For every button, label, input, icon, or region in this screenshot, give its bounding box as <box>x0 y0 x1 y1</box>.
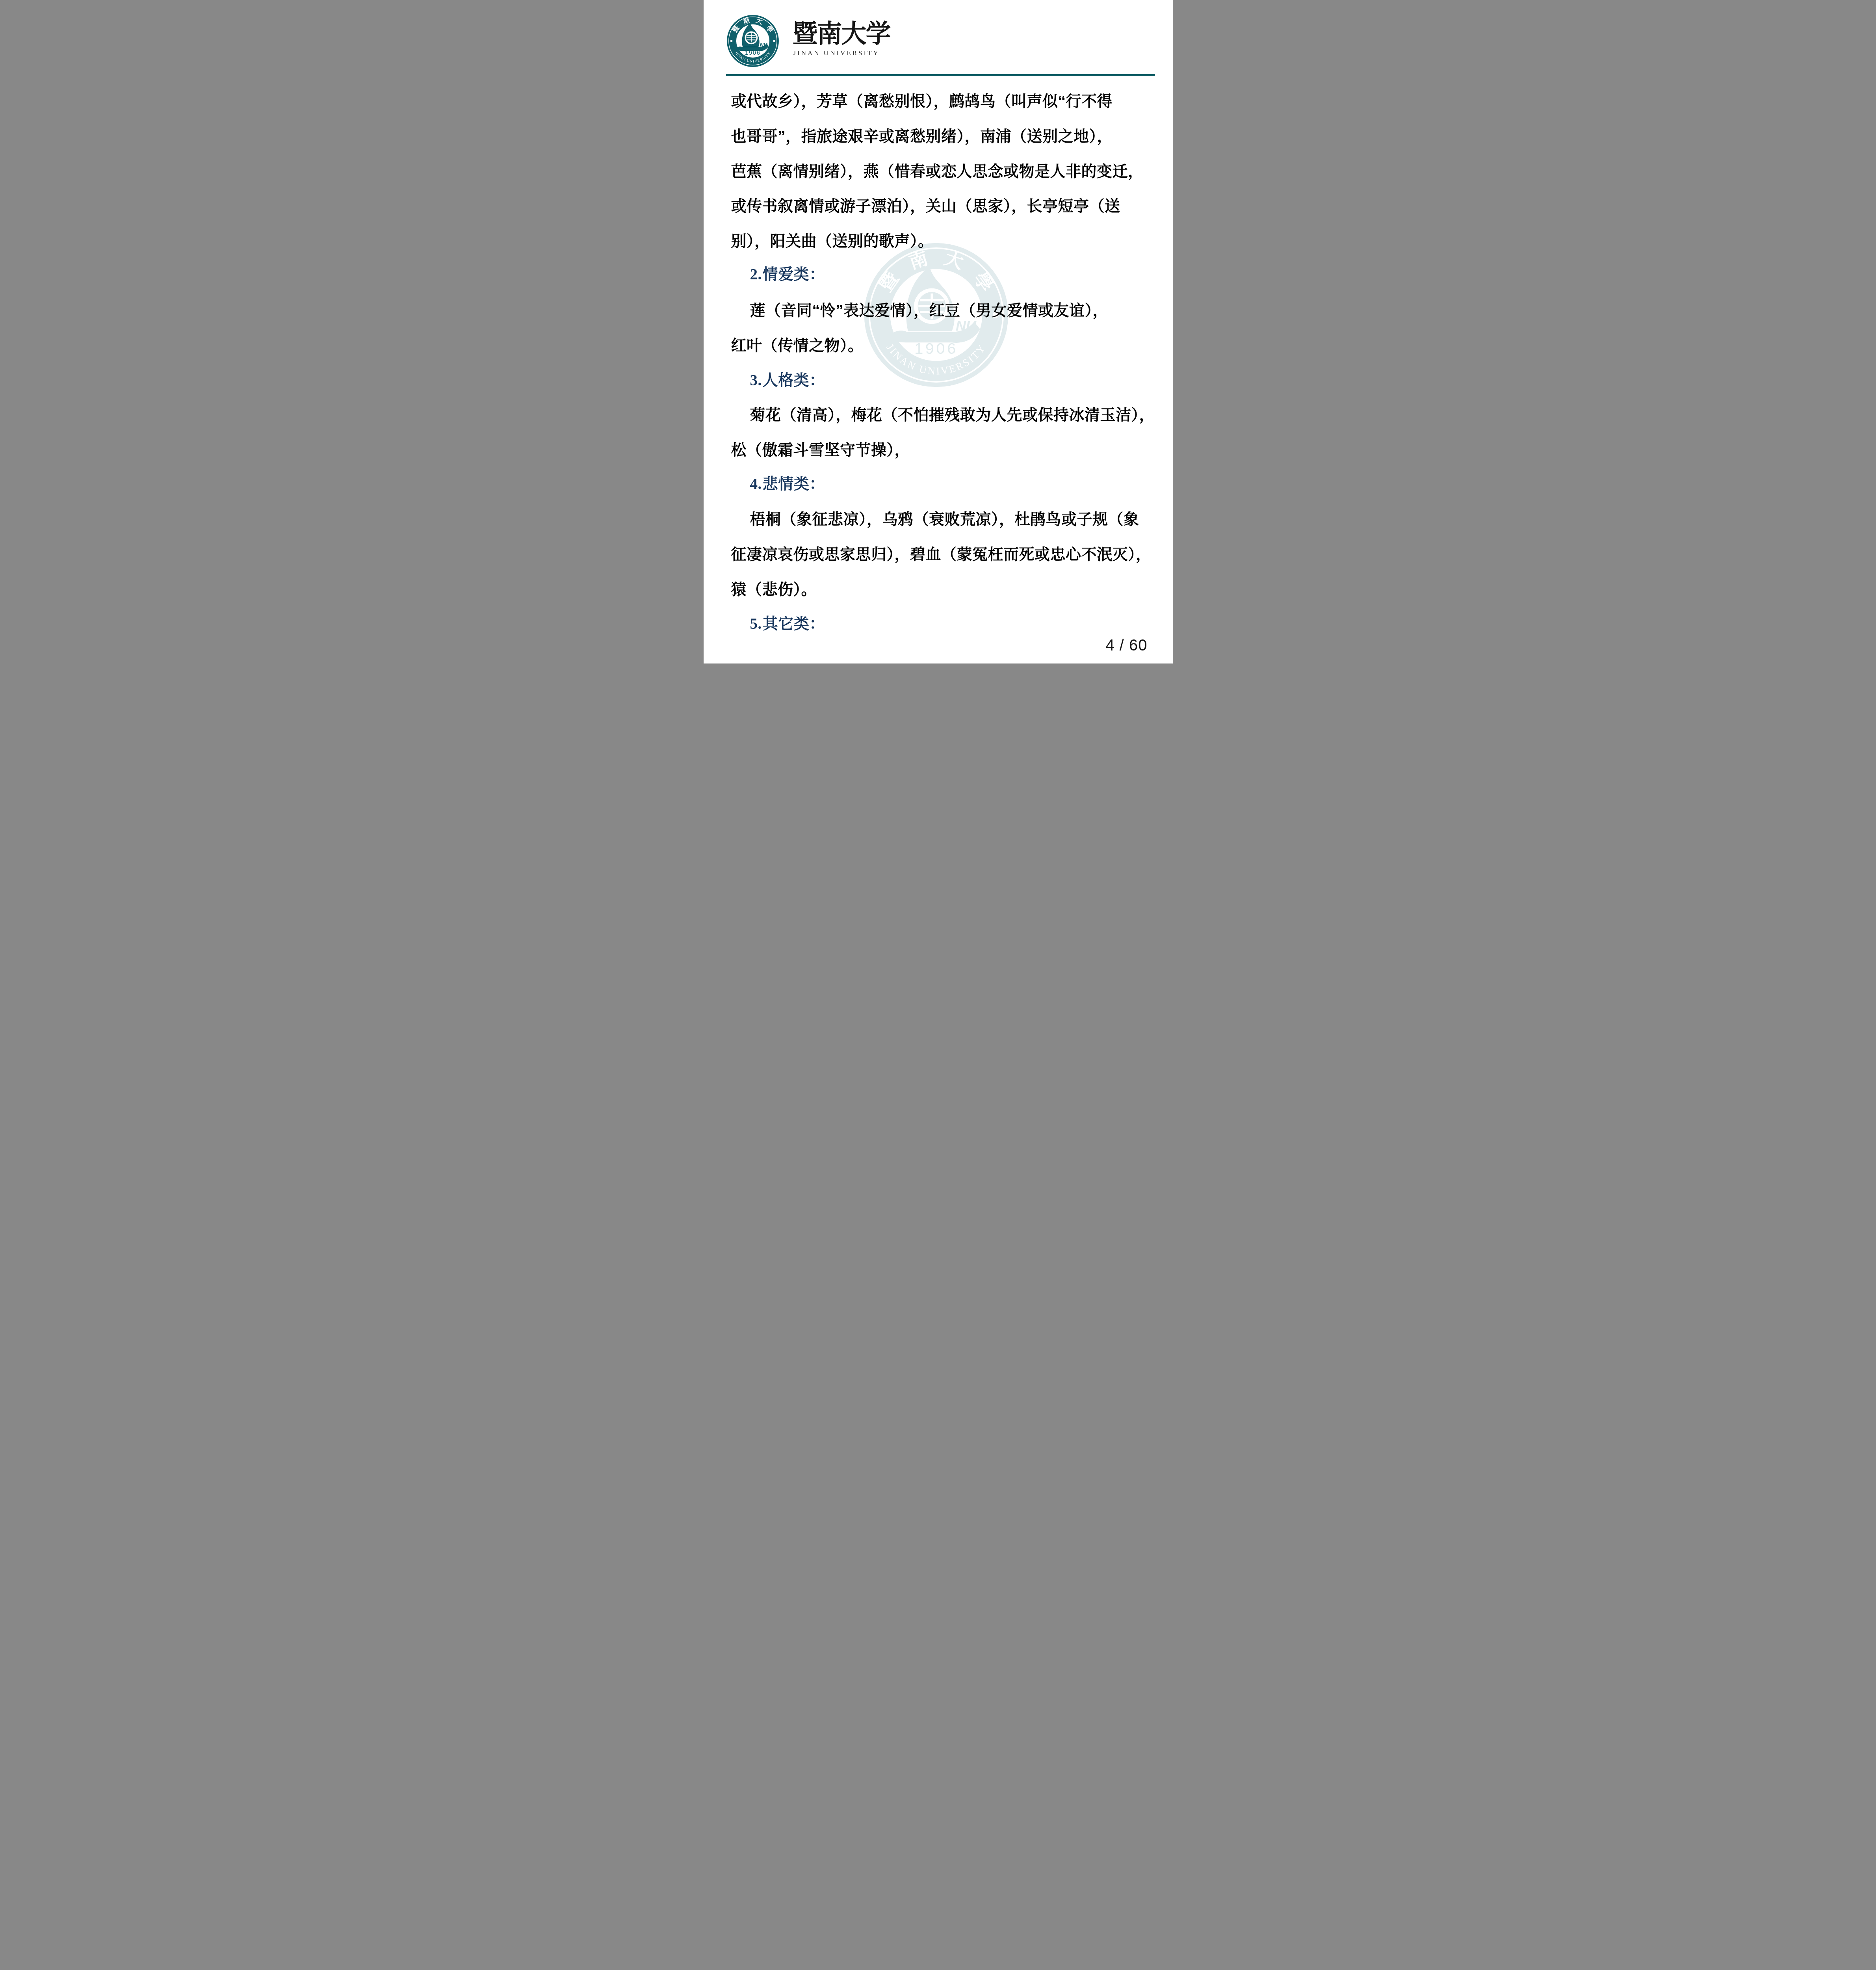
seal-left-dot <box>730 40 732 42</box>
document-page: NU 1906 暨 南 大 學 JINAN UNIVERSITY <box>704 0 1173 663</box>
seal-right-dot <box>773 40 775 42</box>
body-line: 红叶（传情之物）。 <box>731 337 1150 355</box>
body-line: 或传书叙离情或游子漂泊），关山（思家），长亭短亭（送 <box>731 197 1150 216</box>
university-name-en: JINAN UNIVERSITY <box>793 49 880 57</box>
longevity-emblem-icon <box>746 33 756 43</box>
section-heading-sorrow: 4.悲情类： <box>731 475 1168 493</box>
section-heading-love: 2.情爱类： <box>731 266 1168 284</box>
seal-year: 1906 <box>745 50 761 56</box>
section-heading-personality: 3.人格类： <box>731 372 1168 390</box>
university-logo: NU 1906 暨 南 大 學 JINAN UNIVERSITY <box>726 14 780 68</box>
body-line: 征凄凉哀伤或思家思归），碧血（蒙冤枉而死或忠心不泯灭）， <box>731 546 1150 564</box>
heading-number: 4. <box>750 476 763 492</box>
heading-text: 人格类： <box>763 372 825 389</box>
body-line: 或代故乡），芳草（离愁别恨），鹧鸪鸟（叫声似“行不得 <box>731 93 1150 111</box>
university-name-cn: 暨南大学 <box>793 21 890 46</box>
body-line: 也哥哥”，指旅途艰辛或离愁别绪），南浦（送别之地）， <box>731 128 1150 146</box>
body-line: 梧桐（象征悲凉），乌鸦（衰败荒凉），杜鹃鸟或子规（象 <box>731 511 1168 529</box>
header-rule <box>726 74 1155 76</box>
body-line: 别），阳关曲（送别的歌声）。 <box>731 232 1150 251</box>
nu-monogram: NU <box>760 42 767 48</box>
body-line: 松（傲霜斗雪坚守节操）， <box>731 441 1150 459</box>
heading-number: 5. <box>750 615 763 632</box>
body-line: 芭蕉（离情别绪），燕（惜春或恋人思念或物是人非的变迁， <box>731 163 1150 181</box>
page-number: 4 / 60 <box>1105 637 1147 654</box>
heading-text: 其它类： <box>763 615 825 632</box>
heading-text: 悲情类： <box>763 476 825 492</box>
nu-monogram: NU <box>956 318 977 334</box>
heading-number: 2. <box>750 266 763 283</box>
heading-text: 情爱类： <box>763 266 825 283</box>
body-line: 莲（音同“怜”表达爱情），红豆（男女爱情或友谊）， <box>731 302 1168 320</box>
body-line: 猿（悲伤）。 <box>731 581 1150 599</box>
section-heading-other: 5.其它类： <box>731 615 1168 633</box>
body-line: 菊花（清高），梅花（不怕摧残敢为人先或保持冰清玉洁）， <box>731 406 1168 424</box>
heading-number: 3. <box>750 372 763 389</box>
